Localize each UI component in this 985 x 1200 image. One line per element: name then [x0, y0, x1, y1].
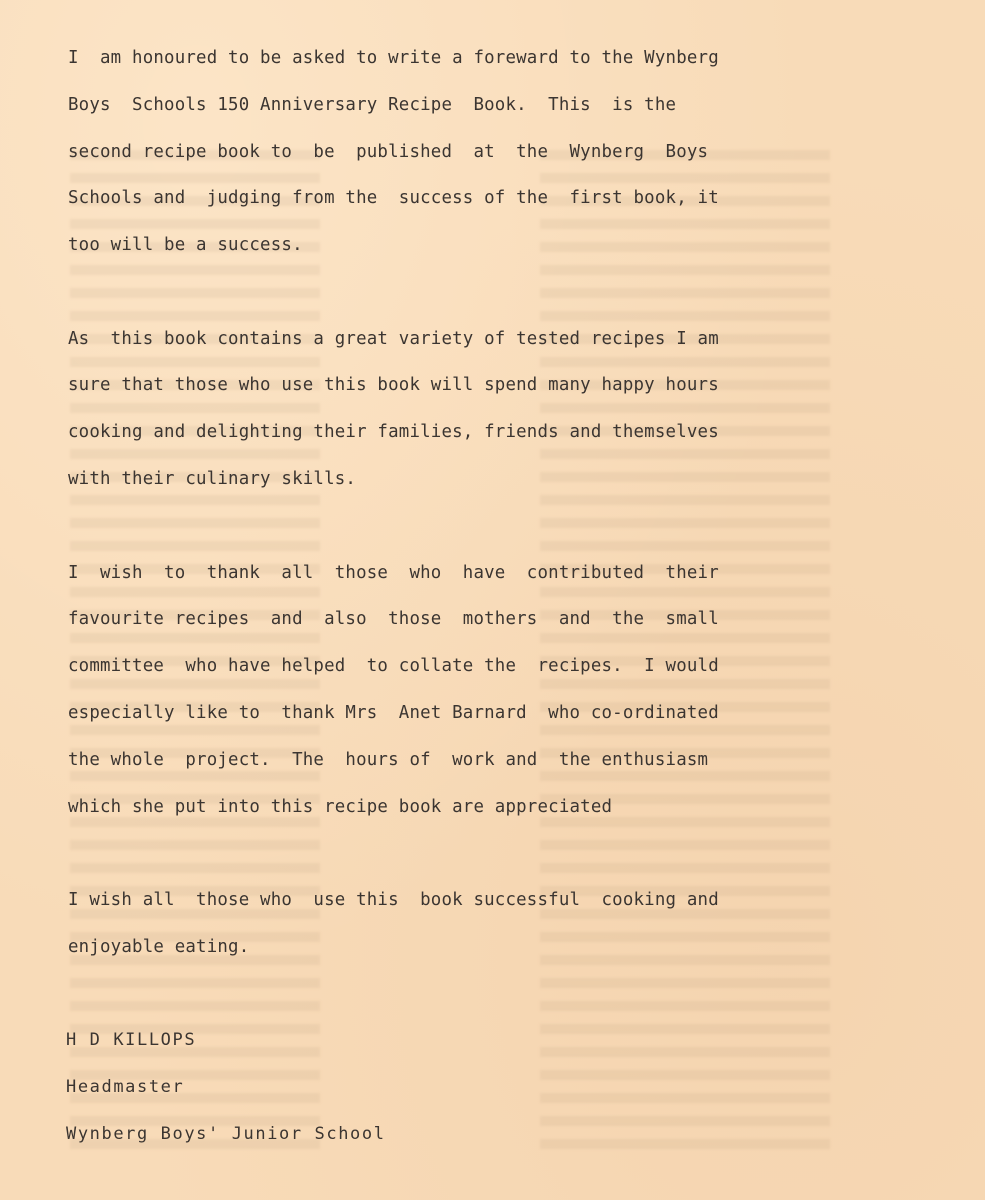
text-line: enjoyable eating.	[68, 936, 918, 958]
text-line: too will be a success.	[68, 234, 918, 256]
text-line: cooking and delighting their families, f…	[68, 421, 918, 443]
text-line: I wish all those who use this book succe…	[68, 889, 918, 911]
text-line: Boys Schools 150 Anniversary Recipe Book…	[68, 94, 918, 116]
signatory-school: Wynberg Boys' Junior School	[66, 1123, 386, 1145]
signatory-title: Headmaster	[66, 1076, 184, 1098]
text-line: I wish to thank all those who have contr…	[68, 562, 918, 584]
reverse-side-bleed-left	[70, 150, 320, 1150]
text-line: I am honoured to be asked to write a for…	[68, 47, 918, 69]
text-line: the whole project. The hours of work and…	[68, 749, 918, 771]
signatory-name: H D KILLOPS	[66, 1029, 196, 1051]
text-line: sure that those who use this book will s…	[68, 374, 918, 396]
text-line: favourite recipes and also those mothers…	[68, 608, 918, 630]
text-line: Schools and judging from the success of …	[68, 187, 918, 209]
document-page: I am honoured to be asked to write a for…	[0, 0, 985, 1200]
text-line: especially like to thank Mrs Anet Barnar…	[68, 702, 918, 724]
text-line: As this book contains a great variety of…	[68, 328, 918, 350]
text-line: which she put into this recipe book are …	[68, 796, 918, 818]
text-line: second recipe book to be published at th…	[68, 141, 918, 163]
text-line: with their culinary skills.	[68, 468, 918, 490]
reverse-side-bleed-right	[540, 150, 830, 1150]
text-line: committee who have helped to collate the…	[68, 655, 918, 677]
